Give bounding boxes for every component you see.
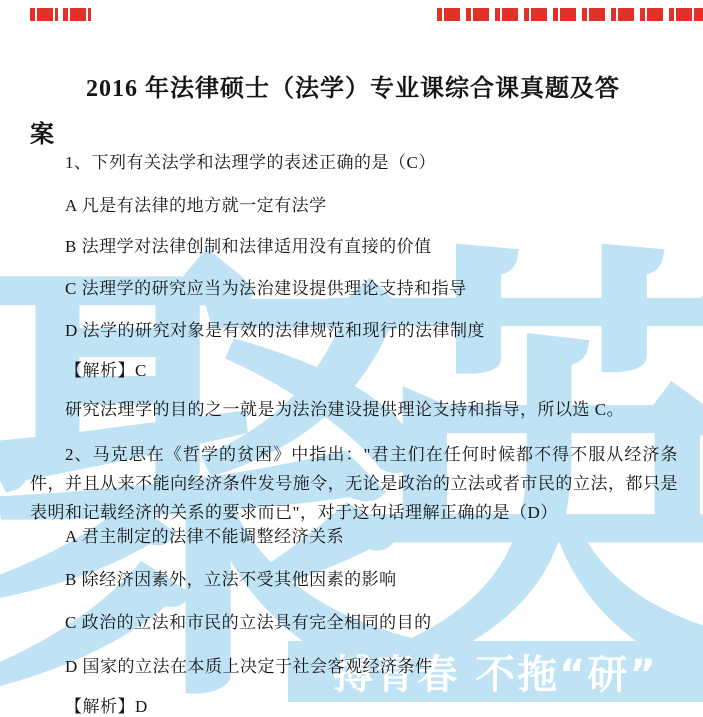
question-2-option-d: D 国家的立法在本质上决定于社会客观经济条件 bbox=[65, 652, 433, 677]
question-1-stem: 1、下列有关法学和法理学的表述正确的是（C） bbox=[65, 148, 436, 173]
question-2-option-b: B 除经济因素外，立法不受其他因素的影响 bbox=[65, 565, 397, 590]
red-stamp-fragment bbox=[582, 8, 606, 21]
question-1-analysis: 【解析】C bbox=[65, 356, 147, 381]
red-stamp-fragment bbox=[611, 8, 635, 21]
document-title-line1: 2016 年法律硕士（法学）专业课综合课真题及答 bbox=[30, 66, 676, 112]
question-1-option-d: D 法学的研究对象是有效的法律规范和现行的法律制度 bbox=[65, 316, 485, 341]
question-1-option-c: C 法理学的研究应当为法治建设提供理论支持和指导 bbox=[65, 274, 467, 299]
question-1-option-a: A 凡是有法律的地方就一定有法学 bbox=[65, 191, 327, 216]
question-2-option-a: A 君主制定的法律不能调整经济关系 bbox=[65, 522, 344, 547]
question-1-option-b: B 法理学对法律创制和法律适用没有直接的价值 bbox=[65, 232, 432, 257]
document-page: 聚 英 搏青春 不拖“研” 2016 年法律硕士（法学）专业课综合课真题及答 案… bbox=[0, 0, 703, 717]
red-stamp-fragment bbox=[437, 8, 461, 21]
question-1-explanation: 研究法理学的目的之一就是为法治建设提供理论支持和指导，所以选 C。 bbox=[65, 395, 624, 420]
red-stamp-fragment bbox=[30, 8, 58, 21]
question-2-analysis: 【解析】D bbox=[65, 692, 148, 717]
red-stamp-fragment bbox=[524, 8, 548, 21]
question-2-option-c: C 政治的立法和市民的立法具有完全相同的目的 bbox=[65, 608, 432, 633]
red-stamp-fragment bbox=[640, 8, 664, 21]
question-2-stem: 2、马克思在《哲学的贫困》中指出："君主们在任何时候都不得不服从经济条件，并且从… bbox=[30, 440, 678, 527]
red-stamp-fragment bbox=[466, 8, 490, 21]
red-stamp-fragment bbox=[63, 8, 91, 21]
red-stamp-fragment bbox=[495, 8, 519, 21]
red-stamp-fragment bbox=[553, 8, 577, 21]
red-stamp-fragment bbox=[669, 8, 703, 21]
document-title: 2016 年法律硕士（法学）专业课综合课真题及答 案 bbox=[30, 66, 676, 158]
